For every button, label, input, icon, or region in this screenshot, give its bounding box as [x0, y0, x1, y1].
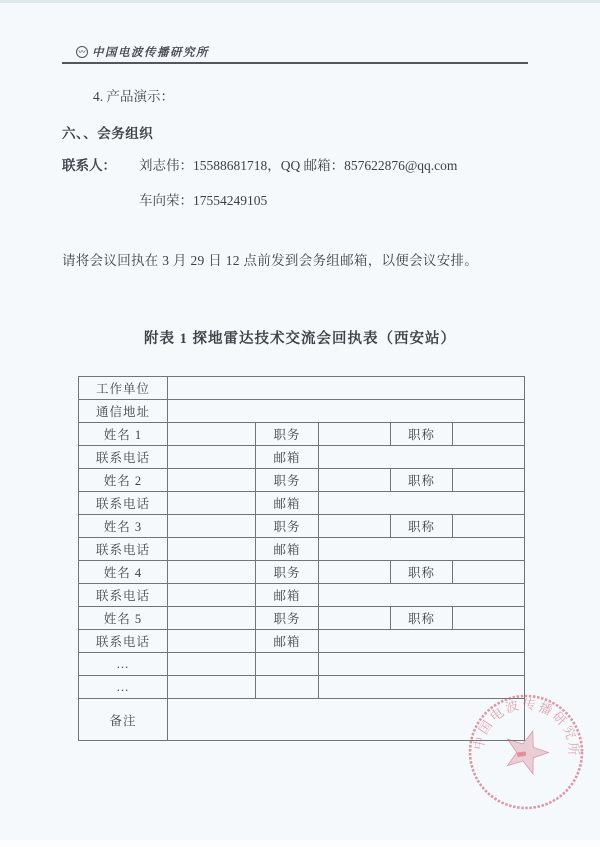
- table-label-cell: 职务: [256, 515, 319, 538]
- table-blank-cell: [453, 561, 525, 584]
- table-blank-cell: [168, 538, 256, 561]
- table-row: 联系电话邮箱: [79, 584, 525, 607]
- table-blank-cell: [168, 423, 256, 446]
- table-blank-cell: [168, 630, 256, 653]
- table-blank-cell: [319, 469, 391, 492]
- table-label-cell: 姓名 3: [79, 515, 168, 538]
- table-blank-cell: [168, 561, 256, 584]
- table-label-cell: 邮箱: [256, 538, 319, 561]
- institute-logo-icon: 〰: [76, 46, 88, 58]
- table-row: 工作单位: [79, 377, 525, 400]
- table-label-cell: 职务: [256, 469, 319, 492]
- table-blank-cell: [319, 538, 525, 561]
- table-label-cell: 姓名 4: [79, 561, 168, 584]
- table-label-cell: 职称: [391, 469, 453, 492]
- table-blank-cell: [319, 446, 525, 469]
- table-label-cell: 姓名 5: [79, 607, 168, 630]
- table-label-cell: …: [79, 653, 168, 676]
- table-row: 姓名 2职务职称: [79, 469, 525, 492]
- table-label-cell: 备注: [79, 699, 168, 741]
- table-row: …: [79, 676, 525, 699]
- table-row: 联系电话邮箱: [79, 538, 525, 561]
- table-label-cell: 职称: [391, 423, 453, 446]
- table-row: 通信地址: [79, 400, 525, 423]
- table-label-cell: 职称: [391, 607, 453, 630]
- reply-deadline-notice: 请将会议回执在 3 月 29 日 12 点前发到会务组邮箱，以便会议安排。: [62, 249, 478, 269]
- table-row: 姓名 5职务职称: [79, 607, 525, 630]
- table-blank-cell: [319, 423, 391, 446]
- table-blank-cell: [453, 423, 525, 446]
- table-blank-cell: [168, 607, 256, 630]
- reply-form-table: 工作单位通信地址姓名 1职务职称联系电话邮箱姓名 2职务职称联系电话邮箱姓名 3…: [78, 376, 525, 741]
- seal-star-icon: [500, 724, 553, 776]
- table-blank-cell: [256, 653, 319, 676]
- section-heading-conference-organization: 六、、会务组织: [62, 122, 153, 142]
- table-blank-cell: [256, 676, 319, 699]
- official-seal-stamp: 中国电波传播研究所: [463, 689, 589, 815]
- table-blank-cell: [168, 446, 256, 469]
- contact-label: 联系人：: [62, 154, 116, 174]
- table-blank-cell: [168, 469, 256, 492]
- table-blank-cell: [168, 400, 525, 423]
- table-row: 姓名 1职务职称: [79, 423, 525, 446]
- table-blank-cell: [453, 607, 525, 630]
- table-label-cell: 工作单位: [79, 377, 168, 400]
- table-label-cell: 联系电话: [79, 630, 168, 653]
- table-label-cell: 联系电话: [79, 538, 168, 561]
- table-row: 姓名 4职务职称: [79, 561, 525, 584]
- table-label-cell: 邮箱: [256, 446, 319, 469]
- table-label-cell: 联系电话: [79, 446, 168, 469]
- table-blank-cell: [319, 584, 525, 607]
- letterhead: 〰 中国电波传播研究所: [76, 44, 209, 60]
- table-blank-cell: [168, 515, 256, 538]
- table-blank-cell: [319, 607, 391, 630]
- table-label-cell: 职务: [256, 423, 319, 446]
- letterhead-rule: [62, 62, 528, 64]
- contact-person-1: 刘志伟：15588681718，QQ 邮箱：857622876@qq.com: [139, 154, 457, 174]
- table-label-cell: 职称: [391, 561, 453, 584]
- table-blank-cell: [319, 630, 525, 653]
- list-item-product-demo: 4. 产品演示：: [93, 85, 174, 105]
- table-label-cell: 姓名 1: [79, 423, 168, 446]
- table-row: 联系电话邮箱: [79, 630, 525, 653]
- reply-table-body: 工作单位通信地址姓名 1职务职称联系电话邮箱姓名 2职务职称联系电话邮箱姓名 3…: [79, 377, 525, 741]
- contact-person-2: 车向荣：17554249105: [139, 189, 267, 209]
- table-row: 联系电话邮箱: [79, 492, 525, 515]
- table-label-cell: 联系电话: [79, 584, 168, 607]
- table-blank-cell: [319, 492, 525, 515]
- table-label-cell: 邮箱: [256, 492, 319, 515]
- table-label-cell: 邮箱: [256, 584, 319, 607]
- table-row: 姓名 3职务职称: [79, 515, 525, 538]
- table-label-cell: 联系电话: [79, 492, 168, 515]
- table-blank-cell: [168, 584, 256, 607]
- table-blank-cell: [168, 676, 256, 699]
- attachment-table-title: 附表 1 探地雷达技术交流会回执表（西安站）: [0, 327, 600, 348]
- table-blank-cell: [168, 492, 256, 515]
- table-label-cell: 职务: [256, 607, 319, 630]
- table-label-cell: 通信地址: [79, 400, 168, 423]
- table-blank-cell: [168, 377, 525, 400]
- table-blank-cell: [168, 653, 256, 676]
- table-label-cell: …: [79, 676, 168, 699]
- institute-name: 中国电波传播研究所: [92, 44, 209, 60]
- table-label-cell: 邮箱: [256, 630, 319, 653]
- table-blank-cell: [319, 653, 525, 676]
- scanned-document-page: 〰 中国电波传播研究所 4. 产品演示： 六、、会务组织 联系人： 刘志伟：15…: [0, 0, 600, 847]
- table-row: 联系电话邮箱: [79, 446, 525, 469]
- table-row: …: [79, 653, 525, 676]
- table-blank-cell: [319, 515, 391, 538]
- table-row: 备注: [79, 699, 525, 741]
- table-blank-cell: [453, 515, 525, 538]
- table-label-cell: 职务: [256, 561, 319, 584]
- table-blank-cell: [319, 561, 391, 584]
- table-label-cell: 职称: [391, 515, 453, 538]
- table-blank-cell: [453, 469, 525, 492]
- table-label-cell: 姓名 2: [79, 469, 168, 492]
